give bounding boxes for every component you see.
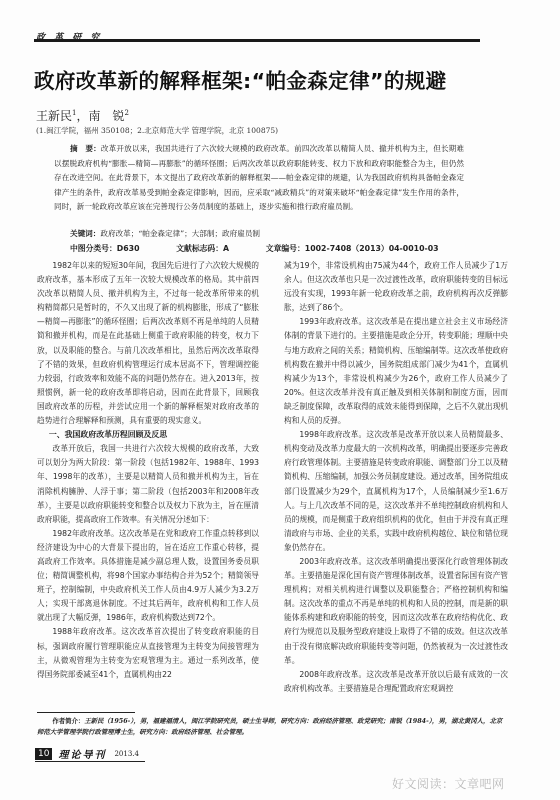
footnote-text: 王新民（1956-），男，福建福清人，闽江学院研究员，硕士生导师，研究方向：政府… — [37, 717, 502, 736]
author-name: 南 锐 — [89, 109, 125, 123]
body-paragraph: 1988年政府改革。这次改革首次提出了转变政府职能的目标，强调政府履行管理职能应… — [37, 625, 259, 681]
classification-line: 中图分类号：D630 文献标志码：A 文章编号：1002-7408（2013）0… — [70, 243, 473, 254]
abstract-label: 摘 要： — [70, 144, 101, 153]
journal-page: 政 革 研 究 政府改革新的解释框架:“帕金森定律”的规避 王新民1，南 锐2 … — [0, 0, 560, 800]
author-list: 王新民1，南 锐2 — [36, 107, 129, 124]
keywords: 关键词：政府改革；“帕金森定律”；大部制；政府雇员制 — [70, 228, 260, 239]
header-rule — [34, 39, 480, 42]
author-separator: ， — [76, 109, 88, 123]
article-number: 文章编号：1002-7408（2013）04-0010-03 — [266, 244, 439, 253]
footnote-rule — [37, 712, 135, 713]
page-number: 10 — [35, 748, 52, 760]
body-column-right: 减为19个，非常设机构由75减为44个，政府工作人员减少了1万余人。但这次改革也… — [284, 259, 508, 696]
author-affil-mark: 2 — [125, 109, 129, 117]
body-paragraph: 1982年政府改革。这次改革是在党和政府工作重点转移到以经济建设为中心的大背景下… — [37, 527, 259, 626]
abstract: 摘 要：改革开放以来，我国共进行了六次较大规模的政府改革。前四次改革以精简人员、… — [54, 142, 464, 215]
keywords-label: 关键词： — [70, 229, 100, 238]
body-paragraph: 减为19个，非常设机构由75减为44个，政府工作人员减少了1万余人。但这次改革也… — [284, 259, 508, 315]
clc-code: 中图分类号：D630 — [70, 244, 140, 253]
article-title: 政府改革新的解释框架:“帕金森定律”的规避 — [34, 64, 494, 94]
section-heading: 一、我国政府改革历程回顾及反思 — [37, 428, 259, 442]
body-paragraph: 1982年以来的短短30年间，我国先后进行了六次较大规模的政府改革，基本形成了五… — [37, 259, 259, 428]
author-footnote: 作者简介：王新民（1956-），男，福建福清人，闽江学院研究员，硕士生导师，研究… — [37, 716, 507, 738]
issue-number: 2013.4 — [114, 750, 139, 758]
site-watermark: 好文阅读：文章吧网 — [392, 775, 505, 792]
body-paragraph: 2008年政府改革。这次改革是改革开放以后最有成效的一次政府机构改革。主要措施是… — [284, 668, 508, 696]
author-name: 王新民 — [36, 109, 72, 123]
body-paragraph: 2003年政府改革。这次改革明确提出要深化行政管理体制改革。主要措施是深化国有资… — [284, 555, 508, 668]
body-paragraph: 1998年政府改革。这次改革是改革开放以来人员精简最多、机构变动及改革力度最大的… — [284, 428, 508, 555]
body-paragraph: 改革开放后，我国一共进行六次较大规模的政府改革，大致可以划分为两大阶段：第一阶段… — [37, 442, 259, 527]
body-column-left: 1982年以来的短短30年间，我国先后进行了六次较大规模的政府改革，基本形成了五… — [37, 259, 259, 682]
abstract-text: 改革开放以来，我国共进行了六次较大规模的政府改革。前四次改革以精简人员、撤并机构… — [54, 144, 464, 211]
body-paragraph: 1993年政府改革。这次改革是在提出建立社会主义市场经济体制的背景下进行的。主要… — [284, 315, 508, 428]
keywords-text: 政府改革；“帕金森定律”；大部制；政府雇员制 — [100, 229, 260, 238]
affiliation: (1.闽江学院，福州 350108；2.北京师范大学 管理学院，北京 10087… — [36, 125, 278, 136]
footnote-label: 作者简介： — [52, 717, 84, 725]
journal-name: 理论导刊 — [58, 746, 106, 761]
page-footer: 10 理论导刊 2013.4 — [35, 746, 145, 762]
document-code: 文献标志码：A — [176, 244, 229, 253]
